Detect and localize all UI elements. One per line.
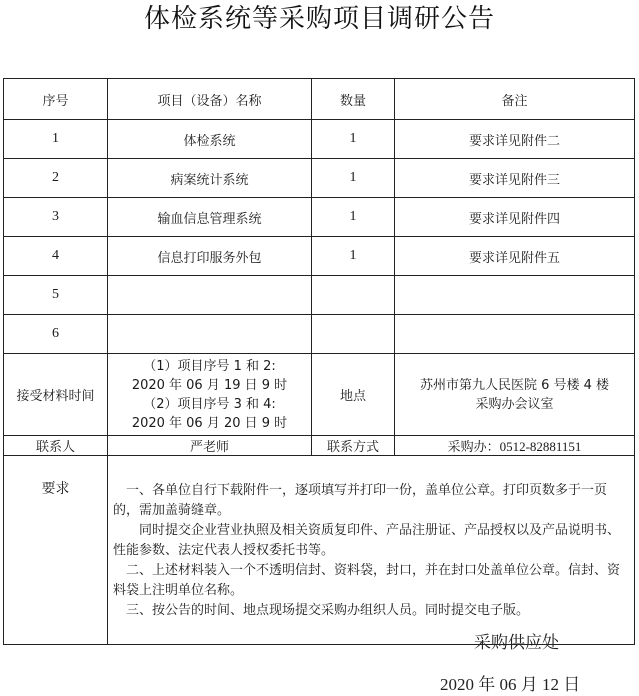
row-quantity: 1 (312, 198, 395, 237)
location-line: 苏州市第九人民医院 6 号楼 4 楼 (395, 376, 634, 395)
requirements-row: 要求 一、各单位自行下载附件一，逐项填写并打印一份，盖单位公章。打印页数多于一页… (4, 456, 635, 645)
row-index: 3 (4, 198, 108, 237)
time-line: （1）项目序号 1 和 2: (108, 357, 311, 376)
row-name: 输血信息管理系统 (108, 198, 312, 237)
procurement-table: 序号 项目（设备）名称 数量 备注 1 体检系统 1 要求详见附件二 2 病案统… (3, 78, 635, 645)
row-quantity (312, 315, 395, 354)
contact-person-label: 联系人 (4, 436, 108, 456)
requirements-text: 一、各单位自行下载附件一，逐项填写并打印一份，盖单位公章。打印页数多于一页的，需… (108, 456, 635, 645)
row-index: 1 (4, 120, 108, 159)
contact-row: 联系人 严老师 联系方式 采购办：0512-82881151 (4, 436, 635, 456)
table-row: 5 (4, 276, 635, 315)
location-label: 地点 (312, 354, 395, 436)
table-row: 1 体检系统 1 要求详见附件二 (4, 120, 635, 159)
time-line: （2）项目序号 3 和 4: (108, 395, 311, 414)
header-quantity: 数量 (312, 79, 395, 120)
row-name (108, 315, 312, 354)
row-name: 病案统计系统 (108, 159, 312, 198)
row-quantity (312, 276, 395, 315)
time-line: 2020 年 06 月 20 日 9 时 (108, 414, 311, 433)
contact-method-value: 采购办：0512-82881151 (395, 436, 635, 456)
requirement-paragraph: 二、上述材料装入一个不透明信封、资料袋，封口，并在封口处盖单位公章。信封、资料袋… (113, 561, 628, 601)
row-name (108, 276, 312, 315)
row-remark: 要求详见附件五 (395, 237, 635, 276)
requirements-label: 要求 (4, 456, 108, 645)
row-quantity: 1 (312, 237, 395, 276)
table-row: 3 输血信息管理系统 1 要求详见附件四 (4, 198, 635, 237)
requirement-paragraph: 三、按公告的时间、地点现场提交采购办组织人员。同时提交电子版。 (113, 601, 628, 621)
issue-date: 2020 年 06 月 12 日 (440, 670, 580, 695)
row-index: 5 (4, 276, 108, 315)
table-header-row: 序号 项目（设备）名称 数量 备注 (4, 79, 635, 120)
row-remark: 要求详见附件二 (395, 120, 635, 159)
page-title: 体检系统等采购项目调研公告 (0, 2, 639, 36)
location-line: 采购办会议室 (395, 395, 634, 414)
row-index: 2 (4, 159, 108, 198)
header-remark: 备注 (395, 79, 635, 120)
submission-time-label: 接受材料时间 (4, 354, 108, 436)
contact-method-label: 联系方式 (312, 436, 395, 456)
row-remark: 要求详见附件三 (395, 159, 635, 198)
submission-time-value: （1）项目序号 1 和 2: 2020 年 06 月 19 日 9 时 （2）项… (108, 354, 312, 436)
requirement-paragraph: 一、各单位自行下载附件一，逐项填写并打印一份，盖单位公章。打印页数多于一页的，需… (113, 481, 628, 521)
location-value: 苏州市第九人民医院 6 号楼 4 楼 采购办会议室 (395, 354, 635, 436)
row-name: 体检系统 (108, 120, 312, 159)
time-line: 2020 年 06 月 19 日 9 时 (108, 376, 311, 395)
row-index: 6 (4, 315, 108, 354)
table-row: 2 病案统计系统 1 要求详见附件三 (4, 159, 635, 198)
requirement-paragraph: 同时提交企业营业执照及相关资质复印件、产品注册证、产品授权以及产品说明书、性能参… (113, 521, 628, 561)
table-row: 4 信息打印服务外包 1 要求详见附件五 (4, 237, 635, 276)
signer: 采购供应处 (474, 628, 559, 653)
row-index: 4 (4, 237, 108, 276)
row-quantity: 1 (312, 120, 395, 159)
table-row: 6 (4, 315, 635, 354)
submission-time-row: 接受材料时间 （1）项目序号 1 和 2: 2020 年 06 月 19 日 9… (4, 354, 635, 436)
contact-person-value: 严老师 (108, 436, 312, 456)
header-index: 序号 (4, 79, 108, 120)
header-name: 项目（设备）名称 (108, 79, 312, 120)
row-remark: 要求详见附件四 (395, 198, 635, 237)
row-remark (395, 276, 635, 315)
row-quantity: 1 (312, 159, 395, 198)
row-remark (395, 315, 635, 354)
row-name: 信息打印服务外包 (108, 237, 312, 276)
